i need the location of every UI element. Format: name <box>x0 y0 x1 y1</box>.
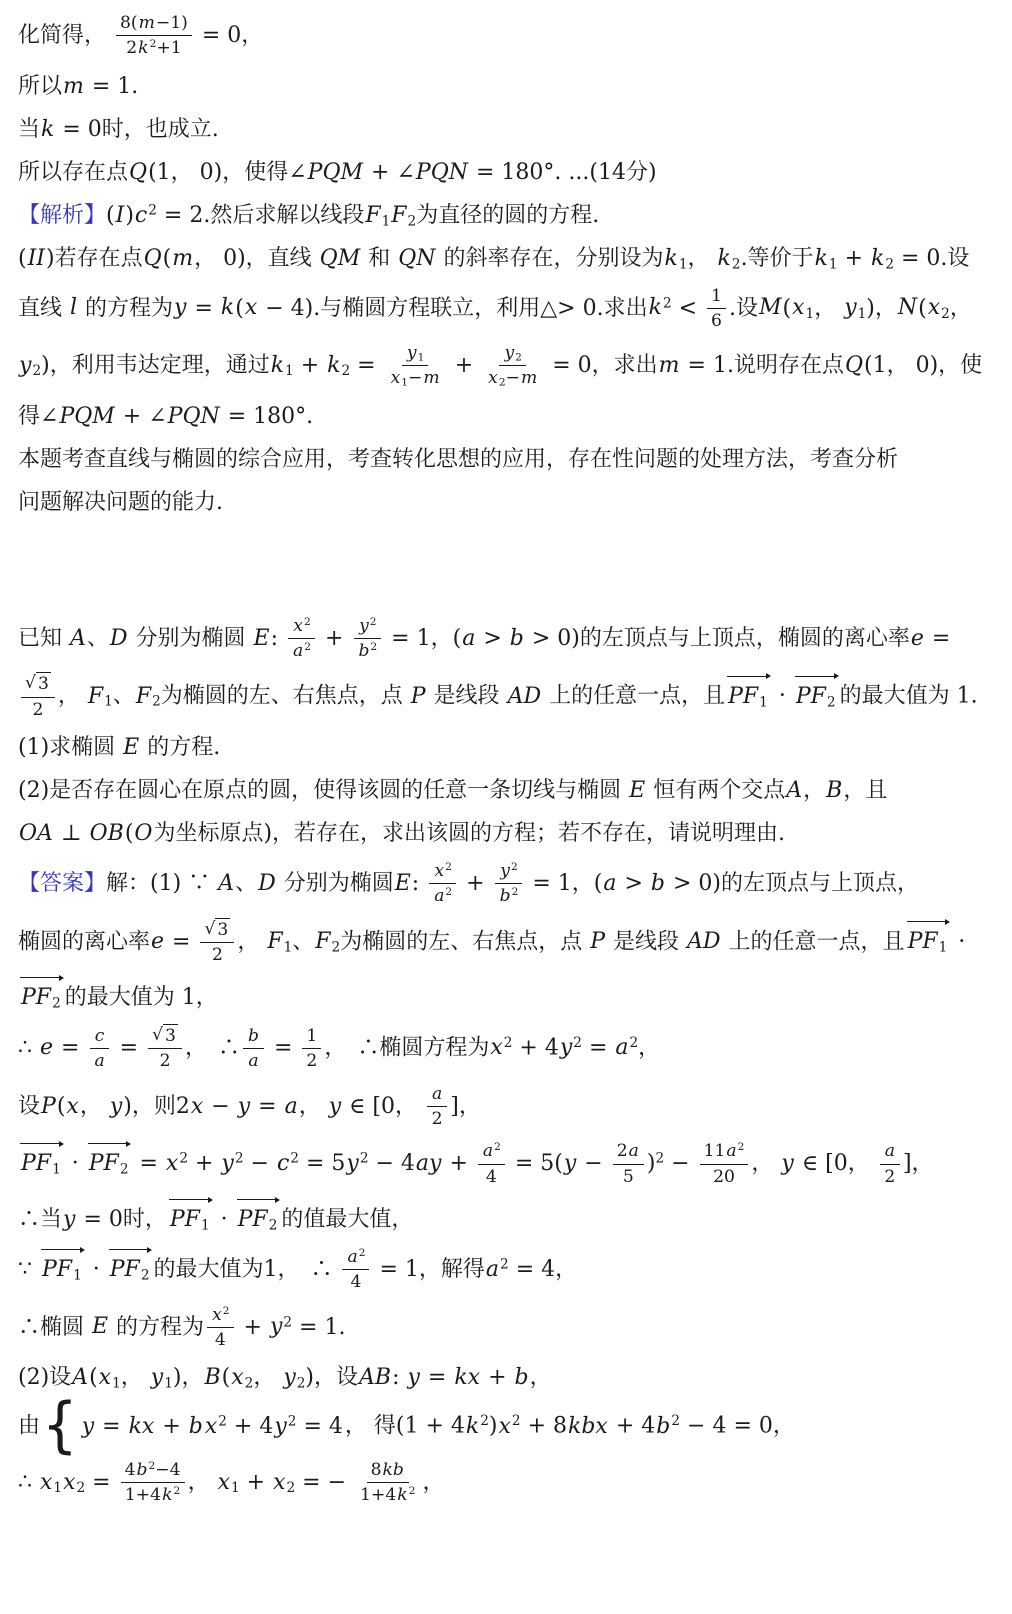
line-17: 【答案】解：(1) ∵ A、D 分别为椭圆E: x2a2 + y2b2 = 1，… <box>18 860 996 908</box>
text: · <box>951 929 965 954</box>
text: ∴当 <box>18 1207 62 1232</box>
math-variable: OA <box>18 821 54 846</box>
subscript: 1 <box>418 351 425 364</box>
math-variable: y <box>173 295 187 320</box>
text: 1+4 <box>360 1485 396 1505</box>
math-variable: kb <box>382 1460 405 1480</box>
text: = <box>421 1365 453 1390</box>
text: = <box>187 295 219 320</box>
text: 1 <box>858 306 867 322</box>
subscript: 2 <box>408 213 417 229</box>
math-variable: e <box>150 929 165 954</box>
superscript: 2 <box>370 640 377 653</box>
numerator: y2 <box>354 615 380 639</box>
denominator: 5 <box>619 1165 638 1188</box>
numerator: 11a2 <box>700 1140 749 1164</box>
text: 4 <box>486 1167 497 1187</box>
text: ( <box>783 295 792 320</box>
radical-sign: √ <box>152 1024 163 1046</box>
text: + ∠ <box>364 160 415 185</box>
text: : <box>412 871 426 896</box>
fraction: √32 <box>200 918 234 967</box>
subscript: 2 <box>120 1162 129 1178</box>
text: .等价于 <box>741 246 814 271</box>
denominator: 2 <box>428 1107 447 1130</box>
superscript: 2 <box>445 885 452 898</box>
text: 2 <box>885 256 894 272</box>
line-05: 【解析】(I)c2 = 2.然后求解以线段F1F2为直径的圆的方程. <box>18 199 996 232</box>
math-variable: Q <box>844 353 864 378</box>
text: = <box>85 1470 117 1495</box>
text: .设 <box>729 295 758 320</box>
math-variable: x <box>791 295 805 320</box>
math-variable: x <box>62 1470 76 1495</box>
line-13: √32， F1、F2为椭圆的左、右焦点，点 P 是线段 AD 上的任意一点，且P… <box>18 672 996 721</box>
text: 为直径的圆的方程. <box>416 203 599 228</box>
math-variable: x <box>211 1305 223 1325</box>
math-variable: b <box>650 871 666 896</box>
text: 1 <box>104 694 113 710</box>
math-variable: y <box>563 1151 577 1176</box>
text: 1 <box>306 1026 317 1046</box>
text: 2 <box>306 1051 317 1071</box>
math-variable: F <box>87 684 104 709</box>
text: ∴ <box>18 1470 39 1495</box>
text: 2 <box>160 1051 171 1071</box>
text: 2 <box>304 615 311 628</box>
numerator: 2a <box>613 1140 644 1164</box>
math-variable: a <box>602 871 617 896</box>
vector-overarrow: PF2 <box>794 675 839 713</box>
numerator: c <box>90 1025 110 1049</box>
superscript: 2 <box>500 1256 509 1272</box>
numerator: a <box>880 1140 900 1164</box>
line-20: ∴ e = ca = √32， ∴ba = 12， ∴椭圆方程为x2 + 4y2… <box>18 1024 996 1073</box>
line-24: ∵ PF1 · PF2的最大值为1， ∴ a24 = 1，解得a2 = 4， <box>18 1246 996 1294</box>
text: = 0时，也成立. <box>55 117 218 142</box>
math-variable: N <box>897 295 918 320</box>
math-variable: k <box>161 1485 173 1505</box>
math-variable: x <box>165 1151 179 1176</box>
text: + <box>838 246 870 271</box>
numerator: y1 <box>402 342 428 366</box>
superscript: 2 <box>304 640 311 653</box>
text: = 1.说明存在点 <box>681 353 844 378</box>
text: 11 <box>704 1141 726 1161</box>
text: 的斜率存在，分别设为 <box>437 246 664 271</box>
numerator: b <box>243 1025 264 1049</box>
text: + 8 <box>521 1414 567 1439</box>
math-variable: e <box>910 626 925 651</box>
text: (2)设 <box>18 1365 71 1390</box>
text: 2 <box>148 202 157 218</box>
superscript: 2 <box>304 615 311 628</box>
math-variable: y <box>780 1151 794 1176</box>
fraction: 4b2−41+4k2 <box>121 1459 185 1507</box>
subscript: 2 <box>152 694 161 710</box>
subscript: 2 <box>269 1217 278 1233</box>
vector-overarrow: PF1 <box>168 1198 213 1236</box>
math-variable: I <box>115 203 126 228</box>
line-27: 由{y = kx + bx2 + 4y2 = 4， 得(1 + 4k2)x2 +… <box>18 1404 996 1449</box>
text: 2 <box>32 700 43 720</box>
text: 2 <box>179 1151 188 1167</box>
math-variable: c <box>134 203 148 228</box>
line-02: 所以m = 1. <box>18 70 996 103</box>
text: = 2.然后求解以线段 <box>157 203 364 228</box>
numerator: √3 <box>200 918 234 943</box>
text: 3 <box>38 674 49 694</box>
text: 2 <box>827 694 836 710</box>
math-variable: PF <box>41 1257 73 1282</box>
text: = 1，解得 <box>372 1257 484 1282</box>
math-variable: F <box>390 203 407 228</box>
line-06: (II)若存在点Q(m， 0)，直线 QM 和 QN 的斜率存在，分别设为k1，… <box>18 242 996 275</box>
math-variable: y <box>345 1151 359 1176</box>
math-variable: kx <box>453 1365 481 1390</box>
text: 上的任意一点，且 <box>542 684 725 709</box>
math-variable: Q <box>128 160 148 185</box>
line-18: 椭圆的离心率e = √32， F1、F2为椭圆的左、右焦点，点 P 是线段 AD… <box>18 918 996 967</box>
text: 上的任意一点，且 <box>722 929 905 954</box>
text: 2 <box>884 1167 895 1187</box>
denominator: x2−m <box>483 366 542 389</box>
math-variable: E <box>91 1314 109 1339</box>
text: 2 <box>573 1035 582 1051</box>
text: 2 <box>212 945 223 965</box>
text: ]， <box>903 1151 934 1176</box>
fraction: x2a2 <box>429 860 456 908</box>
denominator: a <box>243 1049 263 1072</box>
text: 2 <box>370 640 377 653</box>
math-variable: y <box>237 1094 251 1119</box>
text: 8( <box>120 13 138 33</box>
fraction: ca <box>89 1025 109 1073</box>
line-04: 所以存在点Q(1， 0)，使得∠PQM + ∠PQN = 180°. ...(1… <box>18 156 996 189</box>
math-variable: x <box>244 295 258 320</box>
fraction: y2x2−m <box>483 342 542 390</box>
text: ( <box>18 246 27 271</box>
math-variable: PF <box>907 929 939 954</box>
math-variable: D <box>109 626 129 651</box>
text: )若存在点 <box>46 246 143 271</box>
math-variable: k <box>220 295 235 320</box>
math-variable: x <box>390 368 402 388</box>
document-page: 化简得， 8(m−1)2k2+1 = 0，所以m = 1.当k = 0时，也成立… <box>0 0 1012 1541</box>
math-variable: b <box>188 1414 204 1439</box>
text: + <box>188 1151 220 1176</box>
text: ∵ <box>18 1257 39 1282</box>
math-variable: y <box>843 295 857 320</box>
subscript: 1 <box>201 1217 210 1233</box>
text: − <box>408 368 422 388</box>
text: − <box>506 368 520 388</box>
math-variable: x <box>230 1365 244 1390</box>
line-14: (1)求椭圆 E 的方程. <box>18 731 996 764</box>
text: + 4 <box>609 1414 655 1439</box>
text: · <box>86 1257 107 1282</box>
text: + <box>448 353 480 378</box>
denominator: 1+4k2 <box>121 1483 184 1506</box>
superscript: 2 <box>179 1151 188 1167</box>
fraction: 8kb1+4k2 <box>356 1459 419 1507</box>
math-variable: E <box>122 735 140 760</box>
math-variable: PF <box>169 1207 201 1232</box>
text: ， <box>80 1094 109 1119</box>
math-variable: c <box>276 1151 290 1176</box>
math-variable: F <box>135 684 152 709</box>
subscript: 2 <box>287 1480 296 1496</box>
line-15: (2)是否存在圆心在原点的圆，使得该圆的任意一条切线与椭圆 E 恒有两个交点A，… <box>18 774 996 807</box>
math-variable: y <box>18 353 32 378</box>
text: ( <box>163 246 172 271</box>
text: ， <box>814 295 843 320</box>
math-variable: b <box>357 641 370 661</box>
text: 1 <box>806 306 815 322</box>
text: 解：(1) ∵ <box>106 871 217 896</box>
text: 的方程为 <box>109 1314 204 1339</box>
text: 2 <box>480 1413 489 1429</box>
math-variable: PF <box>727 684 759 709</box>
math-variable: a <box>725 1141 737 1161</box>
text: ， <box>530 1365 552 1390</box>
text: 2 <box>332 939 341 955</box>
text: 2 <box>126 38 137 58</box>
math-variable: x <box>487 368 499 388</box>
math-variable: a <box>346 1247 358 1267</box>
math-variable: x <box>65 1094 79 1119</box>
math-variable: m <box>520 368 538 388</box>
subscript: 1 <box>806 306 815 322</box>
math-variable: k <box>465 1414 480 1439</box>
text: ， <box>950 295 972 320</box>
superscript: 2 <box>218 1414 227 1430</box>
radical-sign: √ <box>204 918 215 940</box>
math-variable: ay <box>415 1151 443 1176</box>
numerator: x2 <box>288 615 314 639</box>
numerator: x2 <box>429 860 455 884</box>
math-variable: Q <box>143 246 163 271</box>
math-variable: QN <box>397 246 436 271</box>
text: + <box>240 1470 272 1495</box>
denominator: 2 <box>156 1049 175 1072</box>
math-variable: x <box>489 1035 503 1060</box>
line-11: 问题解决问题的能力. <box>18 486 996 519</box>
text: = 1. <box>292 1314 345 1339</box>
numerator: a2 <box>342 1246 369 1270</box>
text: 1 <box>231 1480 240 1496</box>
text: 是线段 <box>427 684 507 709</box>
text: = <box>925 626 950 651</box>
math-variable: m <box>62 74 85 99</box>
text: − 4).与椭圆方程联立，利用△> 0.求出 <box>258 295 647 320</box>
line-16: OA ⊥ OB(O为坐标原点)，若存在，求出该圆的方程；若不存在，请说明理由. <box>18 817 996 850</box>
math-variable: E <box>394 871 412 896</box>
math-variable: b <box>655 1414 671 1439</box>
math-variable: k <box>717 246 732 271</box>
math-variable: PF <box>88 1151 120 1176</box>
text: 恒有两个交点 <box>646 778 785 803</box>
math-variable: a <box>433 886 445 906</box>
math-variable: QM <box>319 246 362 271</box>
radicand: 3 <box>163 1024 178 1047</box>
fraction: y2b2 <box>495 860 523 908</box>
subscript: 2 <box>245 1376 254 1392</box>
subscript: 1 <box>285 363 294 379</box>
text: 的最大值为 1， <box>65 985 218 1010</box>
math-variable: D <box>257 871 277 896</box>
text: −1) <box>156 13 188 33</box>
math-variable: x <box>98 1365 112 1390</box>
text: 的值最大值， <box>281 1207 413 1232</box>
text: ， <box>803 778 825 803</box>
superscript: 2 <box>235 1151 244 1167</box>
math-variable: y <box>109 1094 123 1119</box>
subscript: 1 <box>104 694 113 710</box>
text: 1 <box>52 1162 61 1178</box>
math-variable: a <box>482 1141 494 1161</box>
math-variable: B <box>203 1365 221 1390</box>
math-variable: x <box>190 1094 204 1119</box>
math-variable: x <box>292 616 304 636</box>
text: 的最大值为1， ∴ <box>153 1257 339 1282</box>
subscript: 1 <box>53 1480 62 1496</box>
math-variable: x <box>217 1470 231 1495</box>
text: = 180°. ...(14分) <box>469 160 657 185</box>
text: 为椭圆的左、右焦点，点 <box>340 929 589 954</box>
denominator: 2k2+1 <box>122 36 185 59</box>
text: 2 <box>218 1414 227 1430</box>
text: = 180°. <box>221 404 313 429</box>
math-variable: y <box>503 343 515 363</box>
text: 所以存在点 <box>18 160 128 185</box>
text: 、 <box>235 871 257 896</box>
math-variable: F <box>266 929 283 954</box>
math-variable: m <box>422 368 440 388</box>
text: 1 <box>53 1480 62 1496</box>
subscript: 1 <box>858 306 867 322</box>
fraction: √32 <box>148 1024 182 1073</box>
text: − 4 = 0， <box>680 1414 795 1439</box>
vector-overarrow: PF1 <box>906 920 951 958</box>
text: 2 <box>445 860 452 873</box>
numerator: x2 <box>207 1304 233 1328</box>
math-variable: x <box>927 295 941 320</box>
math-variable: y <box>499 861 511 881</box>
fraction: x24 <box>207 1304 233 1352</box>
line-22: PF1 · PF2 = x2 + y2 − c2 = 5y2 − 4ay + a… <box>18 1140 996 1188</box>
superscript: 2 <box>630 1035 639 1051</box>
fraction: y2b2 <box>353 615 381 663</box>
math-variable: PF <box>109 1257 141 1282</box>
text: 当 <box>18 117 40 142</box>
subscript: 2 <box>341 363 350 379</box>
text: 1 <box>112 1376 121 1392</box>
denominator: 4 <box>211 1328 230 1351</box>
text: ⊥ <box>54 821 89 846</box>
text: ∴椭圆 <box>18 1314 91 1339</box>
text: 2 <box>304 640 311 653</box>
math-variable: F <box>314 929 331 954</box>
math-variable: y <box>81 1414 95 1439</box>
line-25: ∴椭圆 E 的方程为x24 + y2 = 1. <box>18 1304 996 1352</box>
text: 2 <box>738 1141 745 1154</box>
line-21: 设P(x， y)，则2x − y = a， y ∈ [0， a2]， <box>18 1083 996 1131</box>
system-rows: y = kx + bx2 + 4y2 = 4 <box>81 1410 343 1443</box>
math-variable: y <box>62 1207 76 1232</box>
superscript: 2 <box>512 885 519 898</box>
text: ∈ [0， <box>342 1094 424 1119</box>
text: 设 <box>18 1094 40 1119</box>
text: − <box>204 1094 236 1119</box>
subscript: 2 <box>515 351 522 364</box>
square-root: √3 <box>25 672 51 695</box>
text: 2 <box>370 615 377 628</box>
superscript: 2 <box>480 1413 489 1429</box>
math-variable: PQM <box>58 404 115 429</box>
math-variable: a <box>431 1084 443 1104</box>
math-variable: l <box>69 295 78 320</box>
math-variable: y <box>358 616 370 636</box>
text: = 1，( <box>525 871 602 896</box>
subscript: 1 <box>284 939 293 955</box>
text: 2 <box>663 295 672 311</box>
fraction: 11a220 <box>700 1140 749 1188</box>
math-variable: PQN <box>167 404 221 429</box>
text: ]， <box>450 1094 481 1119</box>
vector-overarrow: PF1 <box>19 1142 64 1180</box>
text: 2 <box>500 1256 509 1272</box>
text: +1 <box>156 38 181 58</box>
fraction: y1x1−m <box>386 342 445 390</box>
text: 为椭圆的左、右焦点，点 <box>161 684 410 709</box>
text: 2 <box>120 1162 129 1178</box>
text: (1)求椭圆 <box>18 735 122 760</box>
line-19: PF2的最大值为 1， <box>18 976 996 1014</box>
math-variable: k <box>137 38 149 58</box>
math-variable: k <box>664 246 679 271</box>
text: ， 0)，直线 <box>194 246 319 271</box>
text: 1 <box>829 256 838 272</box>
math-variable: a <box>93 1051 105 1071</box>
subscript: 2 <box>332 939 341 955</box>
math-variable: b <box>247 1026 260 1046</box>
radicand: 3 <box>215 918 230 941</box>
math-variable: P <box>410 684 427 709</box>
text: 4 <box>215 1330 226 1350</box>
text: )，利用韦达定理，通过 <box>41 353 270 378</box>
numerator: √3 <box>148 1024 182 1049</box>
text: = − <box>295 1470 353 1495</box>
text: + <box>155 1414 187 1439</box>
math-variable: y <box>269 1314 283 1339</box>
text: = 0，求出 <box>545 353 657 378</box>
subscript: 2 <box>885 256 894 272</box>
math-variable: k <box>396 1485 408 1505</box>
text: = 4 <box>296 1414 342 1439</box>
subscript: 2 <box>499 376 506 389</box>
text: 2 <box>290 1151 299 1167</box>
text: = <box>582 1035 614 1060</box>
radicand: 3 <box>36 672 51 695</box>
text: 2 <box>141 1267 150 1283</box>
text: + <box>459 871 491 896</box>
text: 4 <box>125 1460 136 1480</box>
fraction: x2a2 <box>288 615 315 663</box>
denominator: b2 <box>353 639 381 662</box>
superscript: 2 <box>370 615 377 628</box>
fraction: ba <box>243 1025 264 1073</box>
